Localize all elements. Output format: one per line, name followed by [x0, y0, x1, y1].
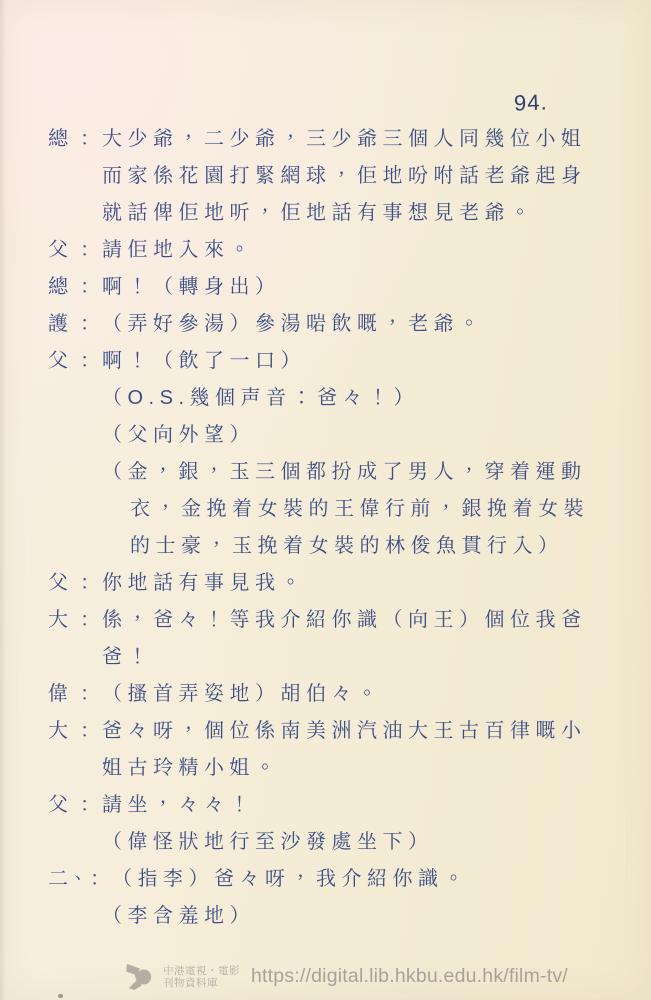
dialogue-text: 大少爺，二少爺，三少爺三個人同幾位小姐: [102, 122, 587, 156]
script-line: （O.S.幾個声音：爸々！）: [48, 381, 631, 418]
dialogue-text: 請佢地入來。: [102, 233, 255, 267]
dialogue-text: 請坐，々々！: [102, 788, 255, 822]
watermark-org: 中港電視・電影 刊物資料庫: [163, 965, 240, 989]
dialogue-text: 爸々呀，個位係南美洲汽油大王古百律嘅小: [102, 714, 587, 748]
speaker-colon: ：: [78, 677, 102, 711]
speaker-colon: ：: [78, 714, 102, 748]
speaker-colon: ：: [78, 307, 102, 341]
speaker-label: 總: [48, 270, 78, 304]
scan-speck: [58, 994, 63, 998]
script-line: 父 ： 啊！（飲了一口）: [48, 344, 631, 381]
script-line: （偉怪狀地行至沙發處坐下）: [48, 825, 631, 862]
script-line: 父 ： 請坐，々々！: [48, 788, 631, 825]
dialogue-text: （金，銀，玉三個都扮成了男人，穿着運動: [102, 455, 587, 489]
script-line: 偉 ： （搔首弄姿地）胡伯々。: [48, 677, 631, 714]
speaker-label: 大: [48, 714, 78, 748]
dialogue-text: （偉怪狀地行至沙發處坐下）: [102, 825, 434, 859]
film-studio-light-icon: [126, 963, 156, 990]
dialogue-text: 就話俾佢地听，佢地話有事想見老爺。: [102, 196, 536, 230]
dialogue-text: （O.S.幾個声音：爸々！）: [102, 381, 419, 415]
script-line: 父 ： 請佢地入來。: [48, 233, 631, 270]
dialogue-text: 而家係花園打緊網球，佢地吩咐話老爺起身: [102, 159, 587, 193]
script-line: 衣，金挽着女裝的王偉行前，銀挽着女裝: [48, 492, 631, 529]
script-line: 的士豪，玉挽着女裝的林俊魚貫行入）: [48, 529, 631, 566]
script-line: （父向外望）: [48, 418, 631, 455]
speaker-label: 父: [48, 344, 78, 378]
script-line: 爸！: [48, 640, 631, 677]
dialogue-text: 衣，金挽着女裝的王偉行前，銀挽着女裝: [102, 492, 589, 526]
script-line: 大 ： 係，爸々！等我介紹你識（向王）個位我爸: [48, 603, 631, 640]
dialogue-text: 的士豪，玉挽着女裝的林俊魚貫行入）: [102, 529, 564, 563]
speaker-label: 父: [48, 788, 78, 822]
watermark-org-line2: 刊物資料庫: [163, 977, 240, 989]
speaker-label: 總: [48, 122, 78, 156]
speaker-colon: ：: [78, 233, 102, 267]
watermark-org-line1: 中港電視・電影: [163, 965, 240, 977]
dialogue-text: （弄好參湯）參湯啱飲嘅，老爺。: [102, 307, 485, 341]
speaker-label: 二、: [48, 862, 88, 896]
dialogue-text: （搔首弄姿地）胡伯々。: [102, 677, 383, 711]
speaker-colon: ：: [78, 566, 102, 600]
dialogue-text: （父向外望）: [102, 418, 255, 452]
speaker-colon: ：: [88, 862, 112, 896]
speaker-label: 偉: [48, 677, 78, 711]
dialogue-text: （指李）爸々呀，我介紹你識。: [112, 862, 469, 896]
script-line: 姐古玲精小姐。: [48, 751, 631, 788]
script-line: 護 ： （弄好參湯）參湯啱飲嘅，老爺。: [48, 307, 631, 344]
script-line: 二、 ： （指李）爸々呀，我介紹你識。: [48, 862, 631, 899]
script-line: 總 ： 大少爺，二少爺，三少爺三個人同幾位小姐: [48, 122, 631, 159]
speaker-colon: ：: [78, 788, 102, 822]
speaker-label: 父: [48, 566, 78, 600]
script-line: 父 ： 你地話有事見我。: [48, 566, 631, 603]
speaker-colon: ：: [78, 270, 102, 304]
dialogue-text: 你地話有事見我。: [102, 566, 306, 600]
speaker-label: 父: [48, 233, 78, 267]
dialogue-text: 啊！（飲了一口）: [102, 344, 306, 378]
speaker-colon: ：: [78, 603, 102, 637]
speaker-colon: ：: [78, 344, 102, 378]
scan-edge-shadow: [0, 0, 6, 1000]
page-number: 94.: [514, 89, 548, 116]
script-line: 總 ： 啊！（轉身出）: [48, 270, 631, 307]
script-line: 大 ： 爸々呀，個位係南美洲汽油大王古百律嘅小: [48, 714, 631, 751]
dialogue-text: 爸！: [102, 640, 153, 674]
script-line: （金，銀，玉三個都扮成了男人，穿着運動: [48, 455, 631, 492]
script-line: 而家係花園打緊網球，佢地吩咐話老爺起身: [48, 159, 631, 196]
watermark: 中港電視・電影 刊物資料庫 https://digital.lib.hkbu.e…: [126, 963, 568, 990]
speaker-label: 護: [48, 307, 78, 341]
dialogue-text: （李含羞地）: [102, 899, 255, 933]
dialogue-text: 姐古玲精小姐。: [102, 751, 281, 785]
speaker-label: 大: [48, 603, 78, 637]
dialogue-text: 啊！（轉身出）: [102, 270, 281, 304]
script-line: 就話俾佢地听，佢地話有事想見老爺。: [48, 196, 631, 233]
watermark-url: https://digital.lib.hkbu.edu.hk/film-tv/: [251, 965, 568, 988]
script-line: （李含羞地）: [48, 899, 631, 936]
speaker-colon: ：: [78, 122, 102, 156]
dialogue-text: 係，爸々！等我介紹你識（向王）個位我爸: [102, 603, 587, 637]
scanned-script-page: 94. 總 ： 大少爺，二少爺，三少爺三個人同幾位小姐 而家係花園打緊網球，佢地…: [0, 0, 651, 1000]
script-body: 總 ： 大少爺，二少爺，三少爺三個人同幾位小姐 而家係花園打緊網球，佢地吩咐話老…: [48, 122, 631, 936]
